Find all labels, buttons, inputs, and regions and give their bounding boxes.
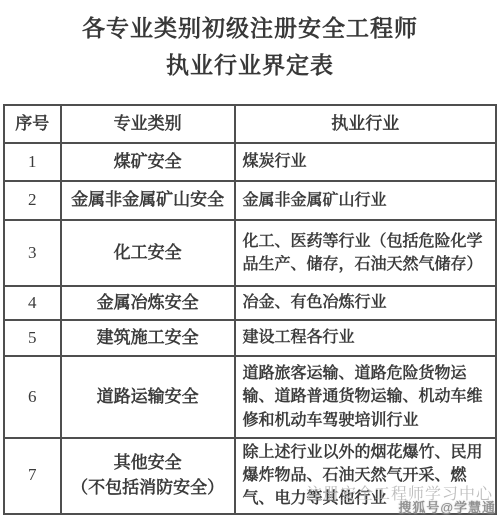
- category-cell: 道路运输安全: [61, 356, 235, 438]
- industry-definition-table: 序号 专业类别 执业行业 1 煤矿安全 煤炭行业 2 金属非金属矿山安全 金属非…: [3, 104, 497, 515]
- table-row: 2 金属非金属矿山安全 金属非金属矿山行业: [4, 181, 496, 220]
- page-title: 各专业类别初级注册安全工程师 执业行业界定表: [0, 0, 500, 84]
- industry-cell: 化工、医药等行业（包括危险化学品生产、储存，石油天然气储存）: [235, 220, 496, 286]
- category-cell: 其他安全 （不包括消防安全）: [61, 438, 235, 514]
- table-header-row: 序号 专业类别 执业行业: [4, 105, 496, 143]
- document-page: 各专业类别初级注册安全工程师 执业行业界定表 序号 专业类别 执业行业 1 煤矿…: [0, 0, 500, 515]
- industry-cell: 除上述行业以外的烟花爆竹、民用爆炸物品、石油天然气开采、燃气、电力等其他行业: [235, 438, 496, 514]
- row-number-cell: 5: [4, 320, 61, 356]
- table-row: 7 其他安全 （不包括消防安全） 除上述行业以外的烟花爆竹、民用爆炸物品、石油天…: [4, 438, 496, 514]
- industry-cell: 金属非金属矿山行业: [235, 181, 496, 220]
- row-number-cell: 1: [4, 143, 61, 181]
- header-category: 专业类别: [61, 105, 235, 143]
- title-line-2: 执业行业界定表: [0, 47, 500, 84]
- industry-cell: 建设工程各行业: [235, 320, 496, 356]
- table-row: 1 煤矿安全 煤炭行业: [4, 143, 496, 181]
- table-row: 6 道路运输安全 道路旅客运输、道路危险货物运输、道路普通货物运输、机动车维修和…: [4, 356, 496, 438]
- row-number-cell: 6: [4, 356, 61, 438]
- row-number-cell: 3: [4, 220, 61, 286]
- title-line-1: 各专业类别初级注册安全工程师: [0, 10, 500, 47]
- category-cell: 建筑施工安全: [61, 320, 235, 356]
- row-number-cell: 4: [4, 286, 61, 320]
- category-cell: 化工安全: [61, 220, 235, 286]
- header-industry: 执业行业: [235, 105, 496, 143]
- industry-cell: 道路旅客运输、道路危险货物运输、道路普通货物运输、机动车维修和机动车驾驶培训行业: [235, 356, 496, 438]
- table-row: 3 化工安全 化工、医药等行业（包括危险化学品生产、储存，石油天然气储存）: [4, 220, 496, 286]
- category-cell: 金属冶炼安全: [61, 286, 235, 320]
- category-cell: 金属非金属矿山安全: [61, 181, 235, 220]
- category-cell: 煤矿安全: [61, 143, 235, 181]
- table-row: 4 金属冶炼安全 冶金、有色冶炼行业: [4, 286, 496, 320]
- row-number-cell: 2: [4, 181, 61, 220]
- header-no: 序号: [4, 105, 61, 143]
- table-row: 5 建筑施工安全 建设工程各行业: [4, 320, 496, 356]
- industry-cell: 冶金、有色冶炼行业: [235, 286, 496, 320]
- row-number-cell: 7: [4, 438, 61, 514]
- industry-cell: 煤炭行业: [235, 143, 496, 181]
